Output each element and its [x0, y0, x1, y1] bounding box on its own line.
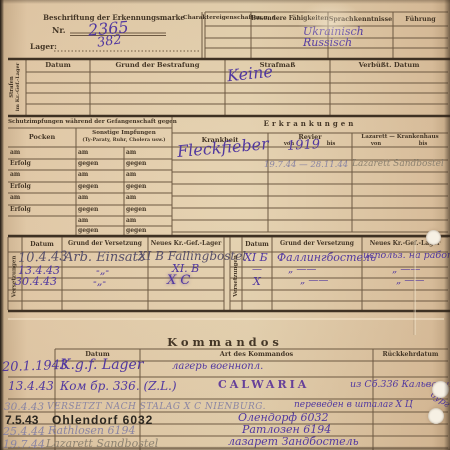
punishments-header-datum: Datum [26, 62, 90, 70]
vaccinations-col-sonstige: Sonstige Impfungen [76, 130, 172, 136]
vacc-label-gegen: gegen [78, 161, 98, 168]
vacc-label-am: am [126, 150, 136, 157]
vacc-label-am: am [78, 195, 88, 202]
transfer-row-camp: „ —— [392, 265, 420, 275]
vacc-label-erfolg: Erfolg [10, 161, 31, 168]
transfer-row-reason: Фаллингбостель [277, 252, 376, 263]
illness-entry-lazarett-row2: Lazarett Sandbostel [352, 160, 444, 169]
transfer-row-camp: „ —— [396, 276, 424, 286]
kommando-row-art: Ком бр. 336. (Z.L.) [60, 380, 177, 392]
vacc-label-gegen: gegen [126, 228, 146, 235]
punishments-side-label-2: im Kr.-Gef.-Lager [16, 58, 22, 116]
vacc-label-am: am [78, 150, 88, 157]
vacc-label-am: am [126, 195, 136, 202]
vacc-label-gegen: gegen [126, 184, 146, 191]
transfers-right-side-label-text: Versetzungen [233, 241, 239, 311]
transfer-row-date: — [252, 265, 262, 275]
kommando-row-art: Lazarett Sandbostel [46, 438, 158, 449]
transfers-right-side-label: Versetzungen [230, 241, 242, 311]
punishments-side-label: Strafen im Kr.-Gef.-Lager [8, 58, 24, 116]
punishment-entry-keine: Keine [226, 64, 273, 85]
kommando-row-date: 30.4.43 [4, 402, 44, 413]
vacc-label-erfolg: Erfolg [10, 207, 31, 214]
punishments-header-grund: Grund der Bestrafung [90, 62, 225, 70]
pow-record-card: Beschriftung der Erkennungsmarke Nr. 236… [0, 0, 450, 450]
kommando-row-note: лагерь военнопл. [172, 362, 263, 372]
vacc-label-gegen: gegen [78, 228, 98, 235]
transfer-row-reason: Arb. Einsatz [64, 251, 145, 264]
kommando-row-art: K.g.f. Lager [60, 358, 144, 372]
nr-label: Nr. [52, 26, 66, 35]
kommandos-header-rueckkehr: Rückkehrdatum [373, 351, 448, 358]
kommando-row-date: 19.7.44 [3, 439, 45, 450]
lager-label: Lager: [30, 43, 57, 52]
kommando-row-note: переведен в шталаг X Ц [294, 401, 413, 410]
vacc-label-am: am [126, 172, 136, 179]
vacc-label-am: am [10, 195, 20, 202]
transfer-row-camp: использ. на работах [363, 251, 450, 261]
illnesses-col-lazarett: Lazarett — Krankenhaus [352, 134, 448, 140]
transfers-left-header-neues: Neues Kr.-Gef.-Lager [148, 241, 224, 248]
transfer-row-date: XI Б [244, 252, 268, 263]
traits-header-conduct: Führung [393, 16, 448, 23]
language-entry-russisch: Russisch [303, 37, 352, 48]
kommando-row-note: Ратлозен 6194 [242, 424, 331, 435]
kommandos-header-art: Art des Kommandos [140, 351, 373, 358]
transfer-row-date: 10.4.43 [18, 250, 68, 265]
punch-hole [428, 408, 444, 424]
traits-header-languages: Sprachkenntnisse [328, 16, 393, 23]
vacc-label-gegen: gegen [126, 207, 146, 214]
kommandos-title: Kommandos [0, 336, 450, 349]
kommando-row-date: 25.4.44 [3, 426, 45, 437]
vacc-label-am: am [10, 150, 20, 157]
kommando-row-art-caps: CALWARIA [218, 379, 309, 390]
transfer-row-date: 30.4.43 [15, 276, 57, 287]
kommando-row-date: 13.4.43 [8, 380, 54, 392]
vaccinations-title: Schutzimpfungen während der Gefangenscha… [8, 119, 172, 125]
transfer-row-reason: „ —— [300, 276, 328, 286]
transfer-row-reason: „ —— [288, 265, 316, 275]
transfers-left-header-grund: Grund der Versetzung [62, 241, 148, 248]
kommando-row-art: Rathlosen 6194 [48, 425, 135, 436]
lager-value-handwritten: 382 [96, 33, 122, 49]
kommando-row-note: Олендорф 6032 [238, 412, 329, 423]
transfers-right-header-datum: Datum [242, 241, 272, 248]
kommando-row-art: VERSETZT NACH STALAG X C NIENBURG. [47, 403, 266, 412]
punishments-header-verbuesst: Verbüßt. Datum [330, 62, 448, 70]
traits-header-abilities: Besondere Fähigkeiten [251, 16, 328, 23]
vacc-label-am: am [78, 172, 88, 179]
transfer-row-reason: -„- [93, 276, 106, 287]
kommando-row-date: 20.1.1943 [2, 359, 69, 374]
punch-hole [426, 230, 441, 245]
illnesses-lazarett-bis: bis [400, 142, 446, 148]
vacc-label-gegen: gegen [126, 161, 146, 168]
transfers-left-header-datum: Datum [22, 241, 62, 248]
vacc-label-erfolg: Erfolg [10, 184, 31, 191]
vaccinations-col-sonstige-sub: (Ty-Paraty, Ruhr, Cholera usw.) [76, 138, 172, 144]
illnesses-title: Erkrankungen [172, 120, 448, 128]
illnesses-lazarett-von: von [354, 142, 398, 148]
vacc-label-am: am [78, 218, 88, 225]
punch-hole [432, 381, 449, 398]
vacc-label-gegen: gegen [78, 207, 98, 214]
vacc-label-am: am [10, 172, 20, 179]
vacc-label-am: am [126, 218, 136, 225]
illness-entry-revier-row2: 19.7.44 — 28.11.44 [264, 161, 348, 170]
kommando-row-note: лазарет Зандбостель [228, 436, 359, 447]
illness-entry-revier-row1: 1919 [287, 138, 321, 153]
transfer-row-date: X [253, 276, 261, 287]
transfers-right-header-grund: Grund der Versetzung [272, 241, 362, 248]
vacc-label-gegen: gegen [78, 184, 98, 191]
transfer-row-camp: X C [167, 274, 190, 287]
vaccinations-col-pocken: Pocken [8, 134, 76, 141]
